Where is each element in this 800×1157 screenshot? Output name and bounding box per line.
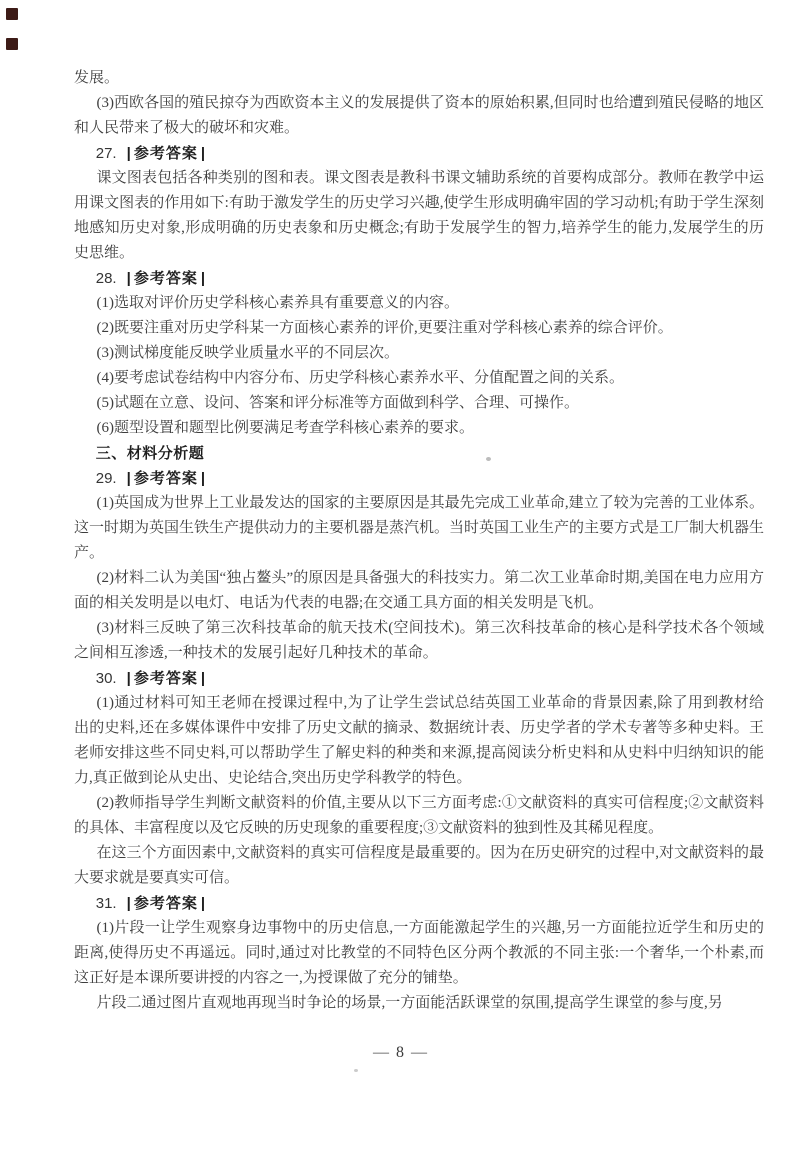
heading-bar-open: |: [127, 145, 131, 162]
answer-heading-28: 28.|参考答案|: [74, 266, 764, 291]
heading-bar-close: |: [201, 895, 205, 912]
heading-bar-open: |: [127, 470, 131, 487]
footer-dash-right: —: [411, 1044, 427, 1061]
paragraph-answer-28-item-4: (4)要考虑试卷结构中内容分布、历史学科核心素养水平、分值配置之间的关系。: [74, 366, 764, 391]
answer-heading-27: 27.|参考答案|: [74, 141, 764, 166]
question-number: 31.: [96, 895, 117, 912]
paragraph-answer-31-partial: 片段二通过图片直观地再现当时争论的场景,一方面能活跃课堂的氛围,提高学生课堂的参…: [74, 991, 764, 1016]
answer-heading-30: 30.|参考答案|: [74, 666, 764, 691]
paragraph-answer-27: 课文图表包括各种类别的图和表。课文图表是教科书课文辅助系统的首要构成部分。教师在…: [74, 166, 764, 266]
answer-label: 参考答案: [134, 470, 198, 487]
scanned-document-page: 发展。 (3)西欧各国的殖民掠夺为西欧资本主义的发展提供了资本的原始积累,但同时…: [0, 0, 800, 1157]
scan-artifact-mark-bottom: [6, 38, 18, 50]
paragraph-answer-30-item-1: (1)通过材料可知王老师在授课过程中,为了让学生尝试总结英国工业革命的背景因素,…: [74, 691, 764, 791]
paragraph-answer-28-item-1: (1)选取对评价历史学科核心素养具有重要意义的内容。: [74, 291, 764, 316]
paragraph-answer-29-item-2: (2)材料二认为美国“独占鳌头”的原因是具备强大的科技实力。第二次工业革命时期,…: [74, 566, 764, 616]
scan-artifact-mark-top: [6, 8, 18, 20]
heading-bar-close: |: [201, 145, 205, 162]
scan-speck: [354, 1069, 358, 1072]
heading-bar-close: |: [201, 470, 205, 487]
answer-label: 参考答案: [134, 270, 198, 287]
question-number: 28.: [96, 270, 117, 287]
page-number: 8: [396, 1044, 404, 1061]
paragraph-continuation: 发展。: [74, 66, 764, 91]
heading-bar-open: |: [127, 895, 131, 912]
paragraph-answer-30-summary: 在这三个方面因素中,文献资料的真实可信程度是最重要的。因为在历史研究的过程中,对…: [74, 841, 764, 891]
heading-bar-open: |: [127, 270, 131, 287]
question-number: 29.: [96, 470, 117, 487]
paragraph-answer-29-item-1: (1)英国成为世界上工业最发达的国家的主要原因是其最先完成工业革命,建立了较为完…: [74, 491, 764, 566]
paragraph-answer-30-item-2: (2)教师指导学生判断文献资料的价值,主要从以下三方面考虑:①文献资料的真实可信…: [74, 791, 764, 841]
footer-dash-left: —: [373, 1044, 389, 1061]
question-number: 27.: [96, 145, 117, 162]
paragraph-answer-28-item-2: (2)既要注重对历史学科某一方面核心素养的评价,更要注重对学科核心素养的综合评价…: [74, 316, 764, 341]
paragraph-answer-31-item-1: (1)片段一让学生观察身边事物中的历史信息,一方面能激起学生的兴趣,另一方面能拉…: [74, 916, 764, 991]
heading-bar-close: |: [201, 270, 205, 287]
paragraph-item-3-prev-question: (3)西欧各国的殖民掠夺为西欧资本主义的发展提供了资本的原始积累,但同时也给遭到…: [74, 91, 764, 141]
answer-label: 参考答案: [134, 895, 198, 912]
answer-heading-29: 29.|参考答案|: [74, 466, 764, 491]
answer-label: 参考答案: [134, 670, 198, 687]
page-footer: —8—: [0, 1042, 800, 1064]
answer-label: 参考答案: [134, 145, 198, 162]
heading-bar-close: |: [201, 670, 205, 687]
paragraph-answer-28-item-6: (6)题型设置和题型比例要满足考查学科核心素养的要求。: [74, 416, 764, 441]
paragraph-answer-28-item-3: (3)测试梯度能反映学业质量水平的不同层次。: [74, 341, 764, 366]
answer-heading-31: 31.|参考答案|: [74, 891, 764, 916]
question-number: 30.: [96, 670, 117, 687]
paragraph-answer-29-item-3: (3)材料三反映了第三次科技革命的航天技术(空间技术)。第三次科技革命的核心是科…: [74, 616, 764, 666]
document-body: 发展。 (3)西欧各国的殖民掠夺为西欧资本主义的发展提供了资本的原始积累,但同时…: [74, 66, 764, 1016]
heading-bar-open: |: [127, 670, 131, 687]
paragraph-answer-28-item-5: (5)试题在立意、设问、答案和评分标准等方面做到科学、合理、可操作。: [74, 391, 764, 416]
section-heading-material-analysis: 三、材料分析题: [74, 441, 764, 466]
